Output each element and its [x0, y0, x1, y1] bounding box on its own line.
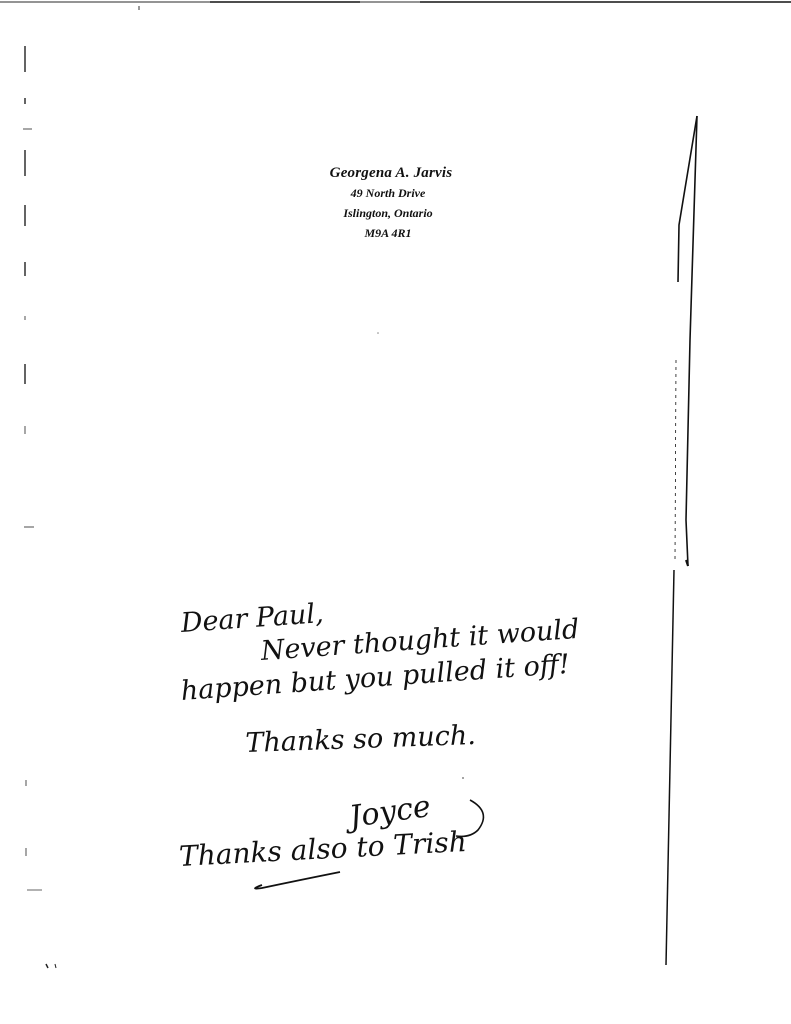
left-margin-marks [23, 46, 56, 968]
letterhead-city: Islington, Ontario [300, 203, 470, 223]
right-fold-lines [666, 116, 697, 965]
letterhead-postal-code: M9A 4R1 [300, 223, 470, 243]
letterhead: Georgena A. Jarvis 49 North Drive Isling… [300, 163, 470, 243]
letter-body-line: Thanks so much. [245, 720, 476, 759]
center-specks [377, 332, 464, 779]
scan-artifacts [0, 0, 791, 1024]
top-edge [0, 2, 791, 10]
postscript-underline [255, 872, 340, 889]
letterhead-street: 49 North Drive [300, 183, 470, 203]
letter-postscript: Thanks also to Trish [178, 825, 467, 873]
letterhead-name: Georgena A. Jarvis [300, 163, 470, 183]
